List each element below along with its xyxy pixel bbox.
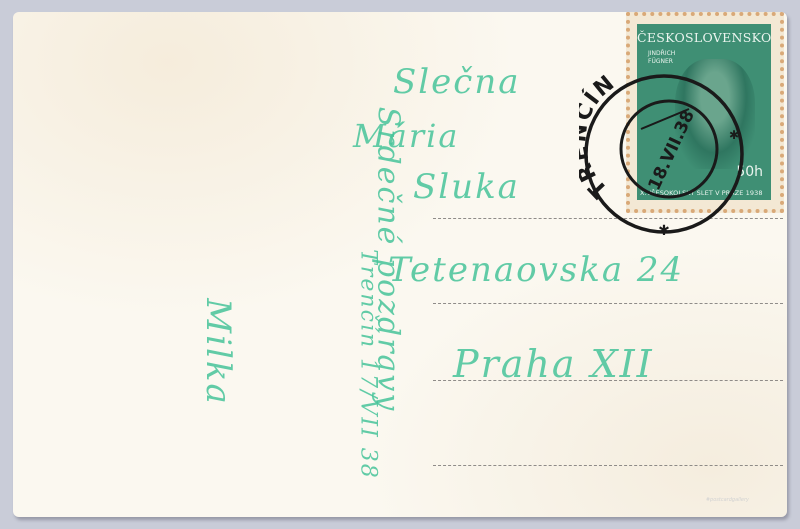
address-line-2 <box>433 303 783 304</box>
address-city: Praha XII <box>453 342 654 386</box>
stamp-country: ČESKOSLOVENSKO <box>637 30 771 45</box>
stamp-portrait-name: JINDŘICH FÜGNER <box>648 50 688 66</box>
address-street: Tetenaovska 24 <box>388 250 684 290</box>
watermark: #postcardgallery <box>706 497 749 503</box>
svg-text:TRENČÍN: TRENČÍN <box>579 70 621 203</box>
postmark-cancellation-icon: TRENČÍN 18.VII.38 ✱ ✱ <box>579 69 749 239</box>
address-line-4 <box>433 465 783 466</box>
svg-text:✱: ✱ <box>729 128 739 142</box>
address-recipient-last-name: Sluka <box>413 167 520 207</box>
address-recipient-title: Slečna <box>393 62 521 102</box>
place-date-text: Trenčín 17/VII 38 <box>356 240 381 490</box>
postmark-date: 18.VII.38 <box>644 107 698 193</box>
svg-text:✱: ✱ <box>658 223 670 239</box>
address-recipient-first-name: Mária <box>353 117 459 155</box>
signature: Milka <box>198 277 238 427</box>
postcard-back: Slečna Mária Sluka Tetenaovska 24 Praha … <box>13 12 787 517</box>
